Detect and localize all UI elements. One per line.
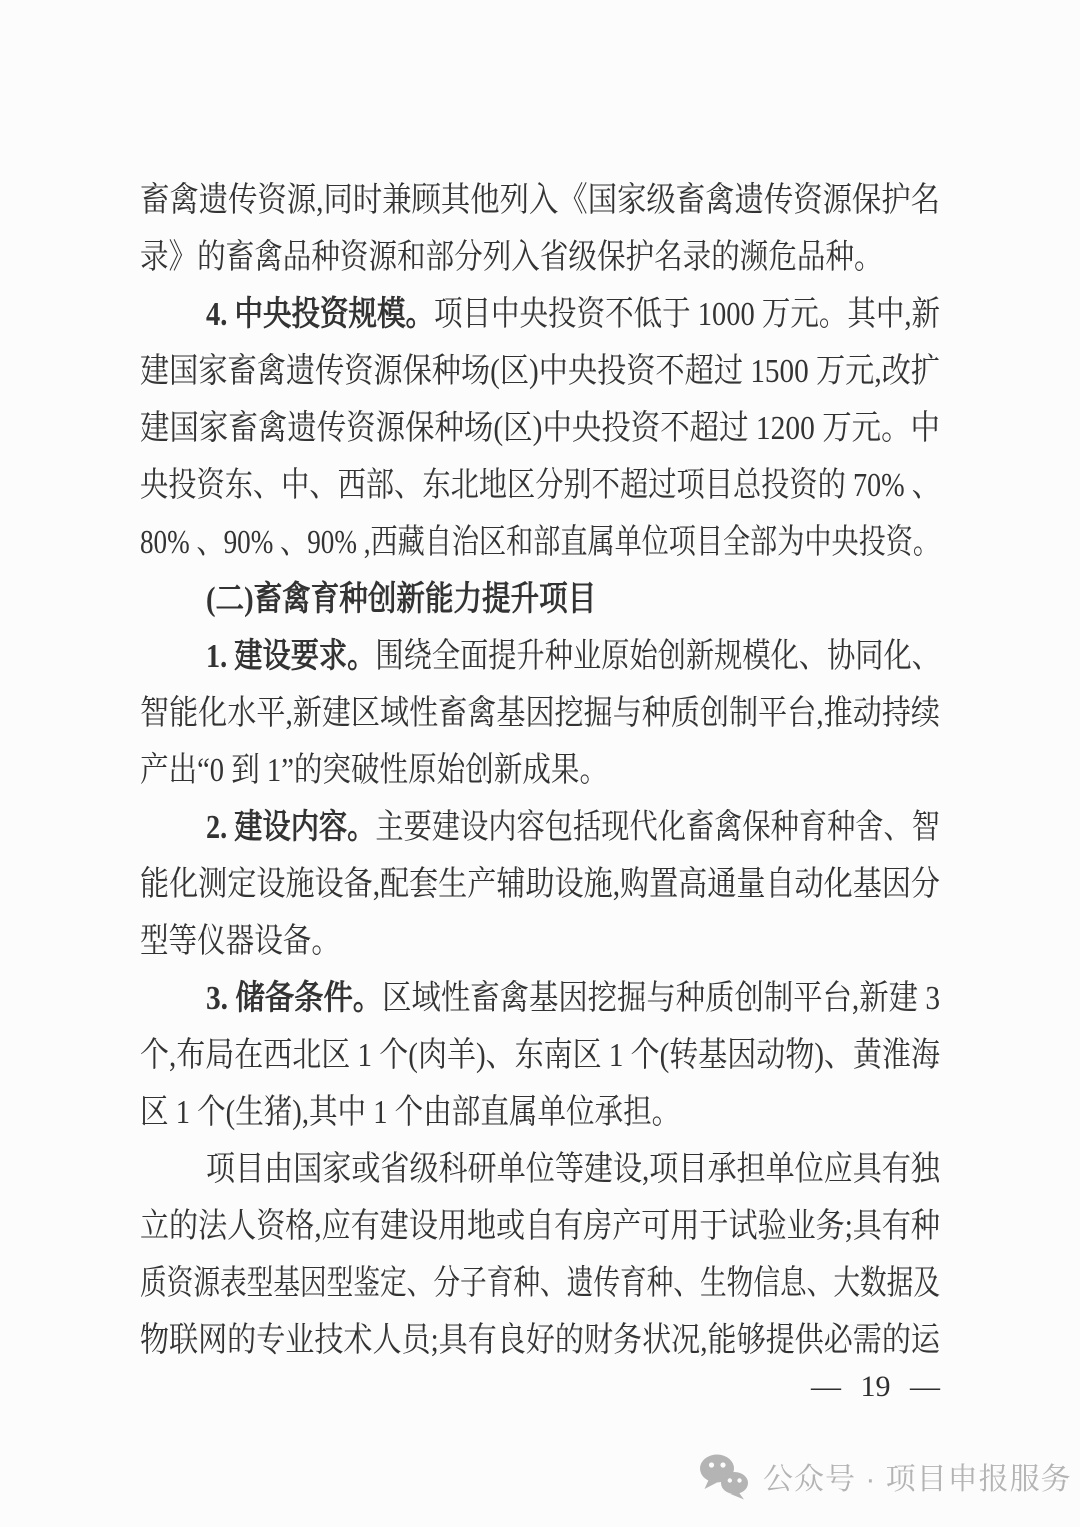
text-line: 3. 储备条件。区域性畜禽基因挖掘与种质创制平台,新建 3 [140, 970, 940, 1027]
document-body: 畜禽遗传资源,同时兼顾其他列入《国家级畜禽遗传资源保护名录》的畜禽品种资源和部分… [140, 172, 940, 1369]
text-line: 立的法人资格,应有建设用地或自有房产可用于试验业务;具有种 [140, 1198, 940, 1255]
text-line: 质资源表型基因型鉴定、分子育种、遗传育种、生物信息、大数据及 [140, 1255, 940, 1312]
text-line: 物联网的专业技术人员;具有良好的财务状况,能够提供必需的运 [140, 1312, 940, 1369]
text-line: 建国家畜禽遗传资源保种场(区)中央投资不超过 1200 万元。中 [140, 400, 940, 457]
text-line: 项目由国家或省级科研单位等建设,项目承担单位应具有独 [140, 1141, 940, 1198]
text-line: 建国家畜禽遗传资源保种场(区)中央投资不超过 1500 万元,改扩 [140, 343, 940, 400]
text-line: 区 1 个(生猪),其中 1 个由部直属单位承担。 [140, 1084, 940, 1141]
text-line: 80% 、90% 、90% ,西藏自治区和部直属单位项目全部为中央投资。 [140, 514, 940, 571]
text-line: 产出“0 到 1”的突破性原始创新成果。 [140, 742, 940, 799]
page-number: — 19 — [140, 1370, 940, 1404]
wechat-icon [698, 1452, 750, 1500]
text-line: 1. 建设要求。围绕全面提升种业原始创新规模化、协同化、 [140, 628, 940, 685]
wechat-footer: 公众号 · 项目申报服务 [698, 1452, 1072, 1500]
text-line: 智能化水平,新建区域性畜禽基因挖掘与种质创制平台,推动持续 [140, 685, 940, 742]
text-line: 个,布局在西北区 1 个(肉羊)、东南区 1 个(转基因动物)、黄淮海 [140, 1027, 940, 1084]
text-line: 央投资东、中、西部、东北地区分别不超过项目总投资的 70% 、 [140, 457, 940, 514]
text-line: 型等仪器设备。 [140, 913, 940, 970]
text-line: 畜禽遗传资源,同时兼顾其他列入《国家级畜禽遗传资源保护名 [140, 172, 940, 229]
document-page: 畜禽遗传资源,同时兼顾其他列入《国家级畜禽遗传资源保护名录》的畜禽品种资源和部分… [0, 0, 1080, 1527]
footer-label: 公众号 · 项目申报服务 [763, 1454, 1072, 1498]
text-line: 4. 中央投资规模。项目中央投资不低于 1000 万元。其中,新 [140, 286, 940, 343]
text-line: 能化测定设施设备,配套生产辅助设施,购置高通量自动化基因分 [140, 856, 940, 913]
text-line: 录》的畜禽品种资源和部分列入省级保护名录的濒危品种。 [140, 229, 940, 286]
text-line: 2. 建设内容。主要建设内容包括现代化畜禽保种育种舍、智 [140, 799, 940, 856]
text-line: (二)畜禽育种创新能力提升项目 [140, 571, 940, 628]
